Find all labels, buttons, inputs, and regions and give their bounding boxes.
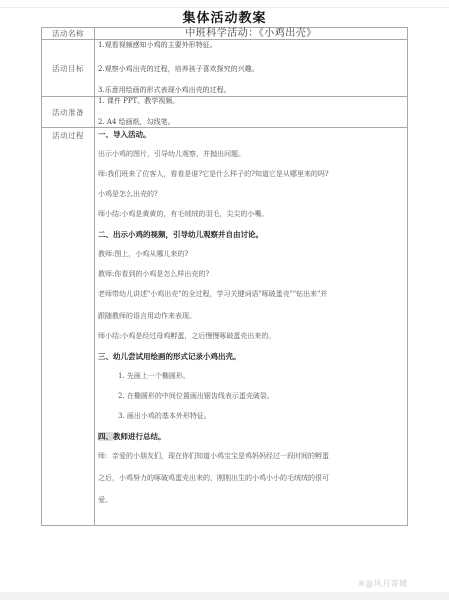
process-paragraph: 之后，小鸡努力的啄破鸡蛋壳出来的，刚刚出生的小鸡小小的毛绒绒的很可 bbox=[98, 474, 403, 483]
highlighted-numeral: 四、 bbox=[98, 432, 113, 441]
process-paragraph: 师小结:小鸡是黄黄的，有毛绒绒的羽毛，尖尖的小嘴。 bbox=[98, 210, 403, 219]
document-title: 集体活动教案 bbox=[0, 11, 449, 27]
process-paragraph: 教师:图上，小鸡从哪儿来的? bbox=[98, 250, 403, 259]
row-activity-preparation: 活动准备 1. 课件 PPT、教学视频。 2. A4 绘画纸，勾线笔。 bbox=[42, 97, 408, 128]
process-paragraph: 师小结:小鸡是经过母鸡孵蛋，之后慢慢啄破蛋壳出来的。 bbox=[98, 332, 403, 341]
process-paragraph: 教师:你看到的小鸡是怎么样出壳的? bbox=[98, 270, 403, 279]
process-paragraph: 师:我们班来了位客人，看看是谁?它是什么样子的?知道它是从哪里来的吗? bbox=[98, 170, 403, 179]
section-heading: 四、教师进行总结。 bbox=[98, 432, 403, 441]
row-activity-goals: 活动目标 1.观看视频感知小鸡的主要外形特征。 2.观察小鸡出壳的过程，培养孩子… bbox=[42, 40, 408, 97]
process-paragraph: 跟随教师的语言用动作来表现。 bbox=[98, 312, 403, 321]
section-heading: 一、导入活动。 bbox=[98, 130, 403, 139]
section-heading: 二、出示小鸡的视频，引导幼儿观察并自由讨论。 bbox=[98, 230, 403, 239]
process-paragraph: 小鸡是怎么出壳的? bbox=[98, 190, 403, 199]
drawing-step: 2. 在椭圆形的中间位置画出锯齿线表示蛋壳破裂。 bbox=[98, 392, 403, 401]
label-activity-process: 活动过程 bbox=[42, 128, 95, 526]
process-paragraph: 师：亲爱的小朋友们，现在你们知道小鸡宝宝是鸡妈妈经过一段时间的孵蛋 bbox=[98, 452, 403, 461]
row-activity-process: 活动过程 一、导入活动。 出示小鸡的图片，引导幼儿观察，并抛出问题。 师:我们班… bbox=[42, 128, 408, 526]
label-activity-preparation: 活动准备 bbox=[42, 97, 95, 128]
goal-item: 1.观看视频感知小鸡的主要外形特征。 bbox=[95, 41, 217, 50]
drawing-step: 3. 画出小鸡的基本外形特征。 bbox=[98, 412, 403, 421]
activity-preparation-content: 1. 课件 PPT、教学视频。 2. A4 绘画纸，勾线笔。 bbox=[95, 97, 408, 128]
activity-goals-content: 1.观看视频感知小鸡的主要外形特征。 2.观察小鸡出壳的过程，培养孩子喜欢探究的… bbox=[95, 40, 408, 97]
lesson-plan-table: 活动名称 中班科学活动：《小鸡出壳》 活动目标 1.观看视频感知小鸡的主要外形特… bbox=[41, 27, 408, 526]
label-activity-name: 活动名称 bbox=[42, 28, 95, 40]
drawing-step: 1. 先画上一个椭圆形。 bbox=[98, 372, 403, 381]
section-heading-text: 教师进行总结。 bbox=[113, 432, 166, 441]
preparation-item: 2. A4 绘画纸，勾线笔。 bbox=[95, 118, 175, 127]
top-divider bbox=[0, 7, 449, 8]
goal-item: 3.乐意用绘画的形式表现小鸡出壳的过程。 bbox=[95, 86, 231, 95]
bottom-band bbox=[0, 592, 449, 600]
label-activity-goals: 活动目标 bbox=[42, 40, 95, 97]
process-paragraph: 老师带幼儿讲述"小鸡出壳"的全过程，学习关键词语"啄破蛋壳""钻出来"并 bbox=[98, 290, 403, 299]
goal-item: 2.观察小鸡出壳的过程，培养孩子喜欢探究的兴趣。 bbox=[95, 65, 259, 74]
activity-name-value: 中班科学活动：《小鸡出壳》 bbox=[95, 28, 408, 40]
section-heading: 三、幼儿尝试用绘画的形式记录小鸡出壳。 bbox=[98, 352, 403, 361]
activity-process-content: 一、导入活动。 出示小鸡的图片，引导幼儿观察，并抛出问题。 师:我们班来了位客人… bbox=[95, 128, 408, 526]
watermark: ※@风月寄暖 bbox=[358, 578, 408, 589]
process-paragraph: 爱。 bbox=[98, 496, 403, 505]
process-paragraph: 出示小鸡的图片，引导幼儿观察，并抛出问题。 bbox=[98, 150, 403, 159]
preparation-item: 1. 课件 PPT、教学视频。 bbox=[95, 97, 179, 106]
row-activity-name: 活动名称 中班科学活动：《小鸡出壳》 bbox=[42, 28, 408, 40]
